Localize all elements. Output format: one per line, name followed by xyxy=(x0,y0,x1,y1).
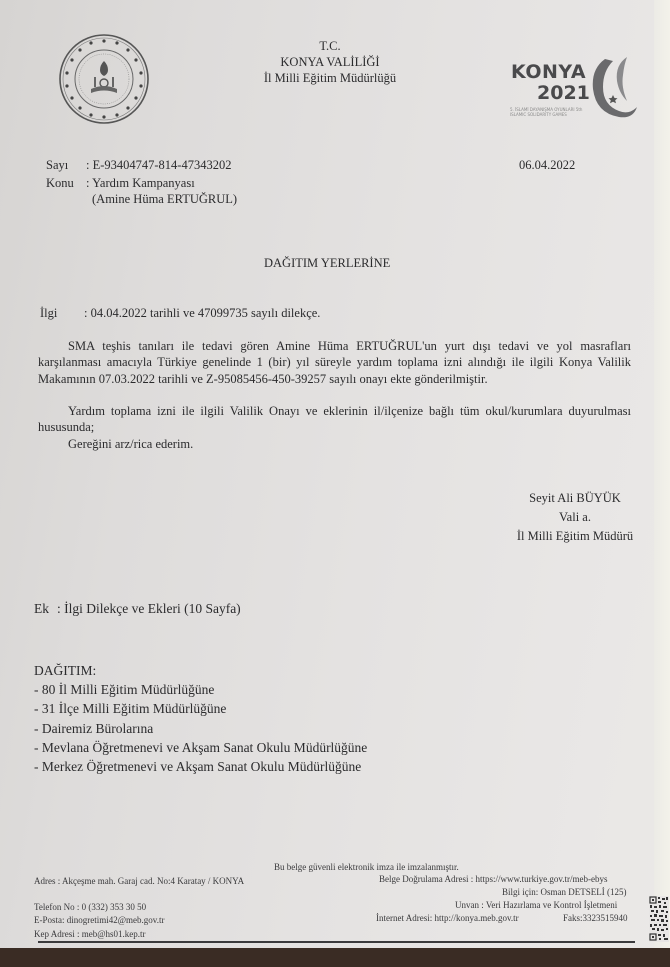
body-paragraph-3: Gereğini arz/rica ederim. xyxy=(38,436,631,452)
distribution-list: DAĞITIM: - 80 İl Milli Eğitim Müdürlüğün… xyxy=(34,661,367,776)
sayi-label: Sayı xyxy=(46,158,68,173)
ilgi-value: : 04.04.2022 tarihli ve 47099735 sayılı … xyxy=(84,306,320,321)
header-directorate: İl Milli Eğitim Müdürlüğü xyxy=(240,70,420,86)
footer-verify-address: Belge Doğrulama Adresi : https://www.tur… xyxy=(379,874,608,884)
konu-value: : Yardım Kampanyası xyxy=(86,176,195,191)
distribution-item: - 31 İlçe Milli Eğitim Müdürlüğüne xyxy=(34,699,367,718)
footer-title: Unvan : Veri Hazırlama ve Kontrol İşletm… xyxy=(455,900,617,910)
header-institution: T.C. KONYA VALİLİĞİ İl Milli Eğitim Müdü… xyxy=(240,38,420,86)
signature-block: Seyit Ali BÜYÜK Vali a. İl Milli Eğitim … xyxy=(500,489,650,546)
header-governorship: KONYA VALİLİĞİ xyxy=(240,54,420,70)
distribution-item: - 80 İl Milli Eğitim Müdürlüğüne xyxy=(34,680,367,699)
distribution-item: - Merkez Öğretmenevi ve Akşam Sanat Okul… xyxy=(34,757,367,776)
ilgi-label: İlgi xyxy=(40,306,57,321)
document-date: 06.04.2022 xyxy=(519,158,575,173)
attachment-label: Ek xyxy=(34,601,49,617)
paper-edge xyxy=(654,0,670,948)
distribution-title: DAĞITIM: xyxy=(34,661,367,680)
footer-fax: Faks:3323515940 xyxy=(563,913,628,923)
logo-word: KONYA xyxy=(511,61,586,83)
sayi-value: : E-93404747-814-47343202 xyxy=(86,158,231,173)
konu-label: Konu xyxy=(46,176,74,191)
body-paragraph-1: SMA teşhis tanıları ile tedavi gören Ami… xyxy=(38,338,631,387)
logo-year: 2021 xyxy=(537,82,590,104)
attachment-value: : İlgi Dilekçe ve Ekleri (10 Sayfa) xyxy=(57,601,241,617)
footer-info-contact: Bilgi için: Osman DETSELİ (125) xyxy=(502,887,626,897)
logo-subtitle: 5. İSLAMİ DAYANIŞMA OYUNLARI 5th ISLAMIC… xyxy=(510,107,588,117)
footer-kep: Kep Adresi : meb@hs01.kep.tr xyxy=(34,929,146,939)
distribution-item: - Mevlana Öğretmenevi ve Akşam Sanat Oku… xyxy=(34,738,367,757)
ministry-of-education-seal-icon xyxy=(58,33,150,125)
konu-subject-name: (Amine Hüma ERTUĞRUL) xyxy=(92,192,237,207)
header-tc: T.C. xyxy=(240,38,420,54)
distribution-item: - Dairemiz Bürolarına xyxy=(34,719,367,738)
signer-title-1: Vali a. xyxy=(500,508,650,527)
signer-name: Seyit Ali BÜYÜK xyxy=(500,489,650,508)
body-paragraph-2: Yardım toplama izni ile ilgili Valilik O… xyxy=(38,403,631,436)
esign-note: Bu belge güvenli elektronik imza ile imz… xyxy=(274,862,459,872)
footer-web: İnternet Adresi: http://konya.meb.gov.tr xyxy=(376,913,519,923)
konya-2021-crescent-logo-icon xyxy=(587,55,637,121)
footer-email: E-Posta: dinogretimi42@meb.gov.tr xyxy=(34,915,164,925)
footer-address: Adres : Akçeşme mah. Garaj cad. No:4 Kar… xyxy=(34,876,244,886)
document-page xyxy=(0,0,670,948)
footer-divider xyxy=(38,941,635,943)
footer-phone: Telefon No : 0 (332) 353 30 50 xyxy=(34,902,146,912)
konya-2021-logo: KONYA 2021 5. İSLAMİ DAYANIŞMA OYUNLARI … xyxy=(505,55,645,125)
signer-title-2: İl Milli Eğitim Müdürü xyxy=(500,527,650,546)
recipient-heading: DAĞITIM YERLERİNE xyxy=(264,256,390,271)
qr-code-icon xyxy=(649,896,669,942)
